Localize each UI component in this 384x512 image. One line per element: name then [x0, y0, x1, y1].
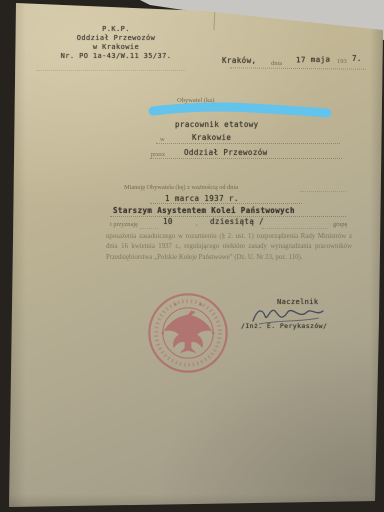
legal-paragraph: uposażenia zasadniczego w rozumieniu (§ …: [106, 232, 352, 263]
appoint-clause: Mianuję Obywatela (kę) z ważnością od dn…: [124, 184, 238, 191]
addressee-via-label: przez: [151, 151, 165, 158]
redaction-stripe: [147, 102, 335, 120]
paper-sheet: P.K.P. Oddział Przewozów w Krakowie Nr. …: [0, 0, 384, 512]
group-separator: ,: [196, 220, 198, 227]
eagle-icon: [161, 303, 214, 353]
dateline-day-month: 17 maja: [296, 55, 331, 65]
new-title: Starszym Asystentem Kolei Państwowych: [113, 206, 295, 215]
appoint-rule: [300, 191, 346, 192]
group-rule-a: [140, 228, 158, 229]
signer-name: /Inż. E. Perykaszów/: [241, 322, 327, 330]
group-number: 10: [163, 217, 173, 226]
group-unit: grupę: [333, 221, 347, 228]
addressee-in-rule: [156, 143, 340, 144]
addressee-role: pracownik etatowy: [175, 120, 259, 129]
document-photo: P.K.P. Oddział Przewozów w Krakowie Nr. …: [0, 0, 384, 512]
left-fold-rule: [36, 70, 186, 71]
addressee-in-value: Krakowie: [192, 133, 231, 142]
dateline-year-preprint: 193: [337, 58, 347, 65]
group-rule-b: [262, 228, 328, 229]
effective-date-rule: [150, 203, 302, 204]
letterhead-org: P.K.P.: [38, 25, 194, 34]
official-seal-stamp: [146, 291, 230, 375]
dateline-city: Kraków,: [222, 56, 256, 65]
letterhead-dept: Oddział Przewozów: [38, 34, 194, 43]
dateline-dnia-label: dnia: [271, 60, 282, 67]
letterhead-ref: Nr. PO 1a-43/W.11 35/37.: [38, 52, 194, 61]
addressee-in-label: w: [160, 136, 165, 143]
effective-date: 1 marca 1937 r.: [165, 194, 239, 203]
addressee-via-value: Oddział Przewozów: [184, 148, 268, 157]
group-word: dziesiątą /: [210, 217, 264, 226]
grant-label: i przyznaję: [110, 221, 138, 228]
dateline-year-digit: 7.: [352, 54, 362, 63]
addressee-via-rule: [150, 158, 342, 159]
letterhead-city: w Krakowie: [38, 43, 194, 52]
dateline-rule: [230, 67, 366, 69]
letterhead: P.K.P. Oddział Przewozów w Krakowie Nr. …: [38, 25, 194, 61]
